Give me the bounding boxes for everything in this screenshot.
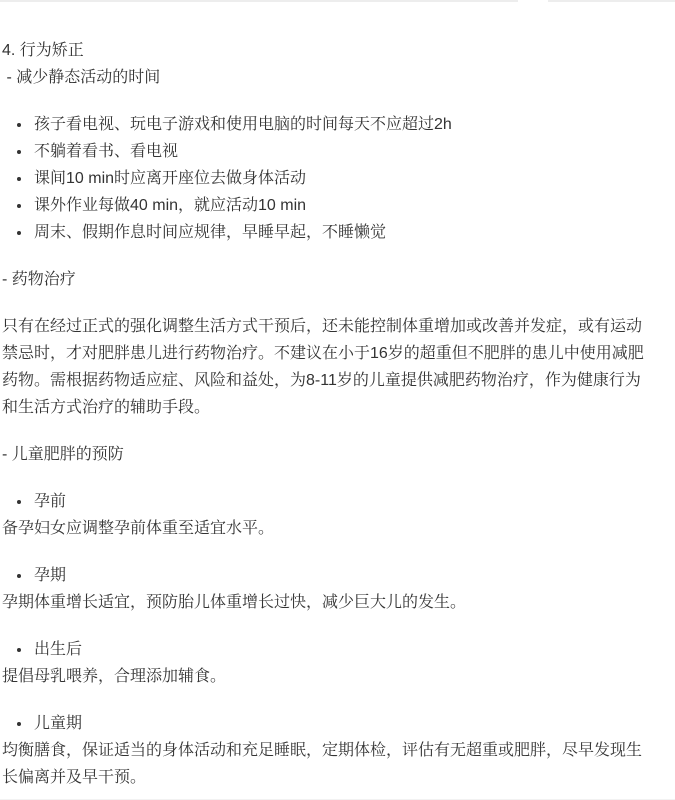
heading-reduce-sedentary-time: - 减少静态活动的时间 bbox=[2, 69, 160, 86]
stage-label: 出生后 bbox=[32, 636, 650, 663]
document-body: 4. 行为矫正 - 减少静态活动的时间 孩子看电视、玩电子游戏和使用电脑的时间每… bbox=[0, 0, 675, 791]
stage-detail-pre-pregnancy: 备孕妇女应调整孕前体重至适宜水平。 bbox=[2, 515, 650, 542]
section-heading: 4. 行为矫正 - 减少静态活动的时间 bbox=[2, 37, 650, 91]
list-item: 课外作业每做40 min，就应活动10 min bbox=[32, 192, 650, 219]
top-divider-gap bbox=[518, 0, 548, 2]
stage-list-childhood: 儿童期 bbox=[2, 710, 650, 737]
stage-label: 孕期 bbox=[32, 562, 650, 589]
stage-label: 儿童期 bbox=[32, 710, 650, 737]
stage-list-pregnancy: 孕期 bbox=[2, 562, 650, 589]
stage-detail-childhood: 均衡膳食，保证适当的身体活动和充足睡眠，定期体检，评估有无超重或肥胖，尽早发现生… bbox=[2, 737, 650, 791]
stage-detail-after-birth: 提倡母乳喂养，合理添加辅食。 bbox=[2, 663, 650, 690]
stage-label: 孕前 bbox=[32, 488, 650, 515]
heading-drug-treatment: - 药物治疗 bbox=[2, 266, 650, 293]
list-item: 周末、假期作息时间应规律，早睡早起，不睡懒觉 bbox=[32, 219, 650, 246]
list-item: 不躺着看书、看电视 bbox=[32, 138, 650, 165]
drug-treatment-paragraph: 只有在经过正式的强化调整生活方式干预后，还未能控制体重增加或改善并发症，或有运动… bbox=[2, 313, 650, 421]
sedentary-activity-list: 孩子看电视、玩电子游戏和使用电脑的时间每天不应超过2h 不躺着看书、看电视 课间… bbox=[2, 111, 650, 246]
stage-list-pre-pregnancy: 孕前 bbox=[2, 488, 650, 515]
top-divider bbox=[0, 0, 675, 2]
heading-behavior-correction: 4. 行为矫正 bbox=[2, 42, 84, 59]
stage-detail-pregnancy: 孕期体重增长适宜，预防胎儿体重增长过快，减少巨大儿的发生。 bbox=[2, 589, 650, 616]
list-item: 孩子看电视、玩电子游戏和使用电脑的时间每天不应超过2h bbox=[32, 111, 650, 138]
stage-list-after-birth: 出生后 bbox=[2, 636, 650, 663]
heading-obesity-prevention: - 儿童肥胖的预防 bbox=[2, 441, 650, 468]
list-item: 课间10 min时应离开座位去做身体活动 bbox=[32, 165, 650, 192]
